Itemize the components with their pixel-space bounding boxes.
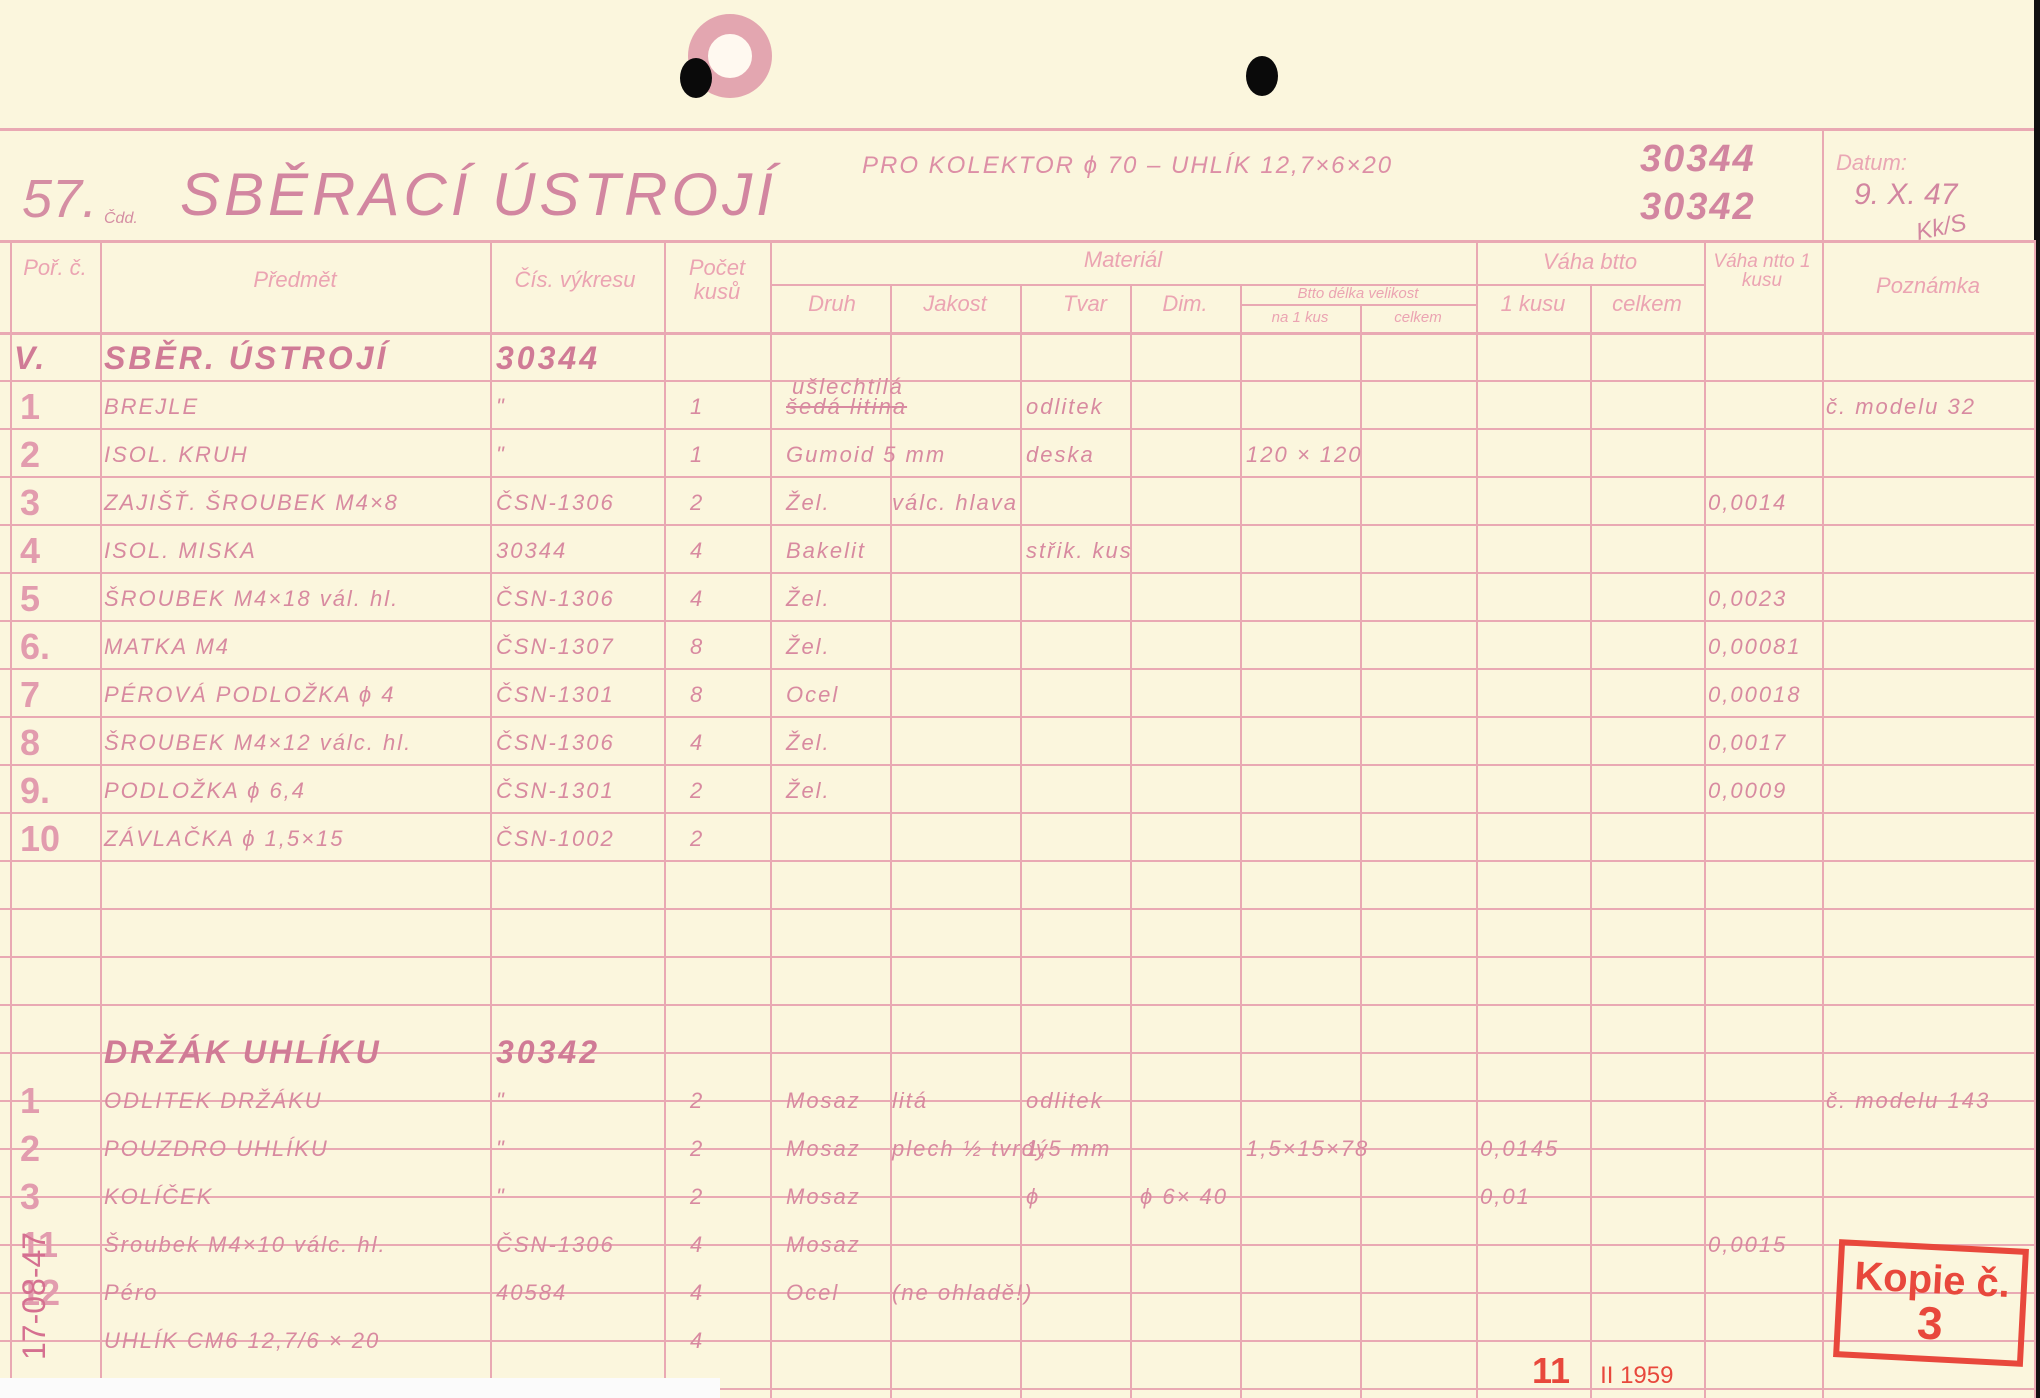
- row-weight-ntto: 0,00018: [1708, 682, 1802, 708]
- row-position: 1: [20, 386, 40, 428]
- row-drawing-number: 40584: [496, 1280, 567, 1306]
- row-weight-btto: 0,0145: [1480, 1136, 1559, 1162]
- row-material-tvar: 1,5 mm: [1026, 1136, 1111, 1162]
- row-material-tvar: odlitek: [1026, 394, 1104, 420]
- grid-column-line: [1130, 284, 1132, 1398]
- row-quantity: 2: [690, 1136, 704, 1162]
- row-quantity: 1: [690, 442, 704, 468]
- col-header-item: Předmět: [100, 268, 490, 292]
- col-header-weight-ntto: Váha ntto 1 kusu: [1704, 252, 1820, 290]
- row-item: PODLOŽKA ϕ 6,4: [104, 778, 306, 804]
- row-material-tvar: odlitek: [1026, 1088, 1104, 1114]
- col-header-weight-btto: Váha btto: [1476, 250, 1704, 274]
- col-header-qty: Počet kusů: [664, 256, 770, 304]
- col-header-pos: Poř. č.: [10, 256, 100, 280]
- row-drawing-number: ": [496, 1136, 506, 1162]
- row-item: UHLÍK CM6 12,7/6 × 20: [104, 1328, 380, 1354]
- margin-note: 17-08-47: [16, 1232, 53, 1360]
- row-note: č. modelu 32: [1826, 394, 1976, 420]
- row-position: 10: [20, 818, 60, 860]
- grid-row-line: [0, 380, 2034, 382]
- card-number: 57.: [22, 168, 97, 230]
- row-weight-ntto: 0,0009: [1708, 778, 1787, 804]
- row-material-druh-correction: ušlechtilá: [792, 374, 904, 400]
- row-position: 6.: [20, 626, 50, 668]
- col-header-dim: Dim.: [1130, 292, 1240, 316]
- row-item: MATKA M4: [104, 634, 230, 660]
- row-position: 9.: [20, 770, 50, 812]
- row-material-druh: Mosaz: [786, 1184, 861, 1210]
- row-drawing-number: ": [496, 1184, 506, 1210]
- col-header-length: Btto délka velikost: [1240, 286, 1476, 302]
- row-weight-ntto: 0,0017: [1708, 730, 1787, 756]
- card-number-suffix: Čdd.: [104, 210, 138, 228]
- grid-row-line: [0, 812, 2034, 814]
- col-header-drawing: Čís. výkresu: [490, 268, 660, 292]
- grid-row-line: [0, 572, 2034, 574]
- row-quantity: 8: [690, 634, 704, 660]
- grid-row-line: [0, 860, 2034, 862]
- grid-column-line: [664, 240, 666, 1398]
- divider: [1822, 128, 1824, 240]
- row-drawing-number: ": [496, 394, 506, 420]
- col-header-weight-btto-total: celkem: [1590, 292, 1704, 316]
- row-material-jakost: válc. hlava: [892, 490, 1018, 516]
- row-drawing-number: ": [496, 442, 506, 468]
- row-material-tvar: deska: [1026, 442, 1095, 468]
- row-quantity: 2: [690, 778, 704, 804]
- section-title: DRŽÁK UHLÍKU: [104, 1034, 382, 1071]
- grid-column-line: [1704, 240, 1706, 1398]
- row-length-per: 120 × 120: [1246, 442, 1362, 468]
- drawing-number-2: 30342: [1640, 186, 1756, 229]
- grid-row-line: [1240, 304, 1476, 306]
- row-quantity: 4: [690, 538, 704, 564]
- row-material-druh: Gumoid 5 mm: [786, 442, 946, 468]
- row-weight-ntto: 0,0014: [1708, 490, 1787, 516]
- row-item: KOLÍČEK: [104, 1184, 213, 1210]
- row-item: ISOL. KRUH: [104, 442, 249, 468]
- row-position: 2: [20, 434, 40, 476]
- grid-column-line: [2034, 240, 2036, 1398]
- row-material-druh: Žel.: [786, 490, 831, 516]
- grid-row-line: [0, 476, 2034, 478]
- row-item: ZAJIŠŤ. ŠROUBEK M4×8: [104, 490, 399, 516]
- grid-column-line: [1476, 240, 1478, 1398]
- row-length-per: 1,5×15×78: [1246, 1136, 1369, 1162]
- date-stamp-day: 11: [1532, 1350, 1570, 1391]
- punch-hole: [1246, 56, 1278, 96]
- grid-row-line: [1476, 284, 1704, 286]
- row-weight-ntto: 0,00081: [1708, 634, 1802, 660]
- col-header-jakost: Jakost: [890, 292, 1020, 316]
- row-material-druh: Žel.: [786, 634, 831, 660]
- section-drawing-number: 30344: [496, 340, 600, 377]
- row-quantity: 4: [690, 1232, 704, 1258]
- row-material-jakost: (ne ohladě!): [892, 1280, 1033, 1306]
- row-item: PÉROVÁ PODLOŽKA ϕ 4: [104, 682, 396, 708]
- row-quantity: 4: [690, 586, 704, 612]
- row-position: 7: [20, 674, 40, 716]
- page-title: SBĚRACÍ ÚSTROJÍ: [180, 160, 777, 229]
- row-weight-ntto: 0,0023: [1708, 586, 1787, 612]
- row-material-dim: ϕ 6× 40: [1140, 1184, 1228, 1210]
- row-material-druh: Ocel: [786, 1280, 839, 1306]
- row-position: 8: [20, 722, 40, 764]
- grid-row-line: [0, 716, 2034, 718]
- grid-row-line: [0, 764, 2034, 766]
- row-material-druh: Žel.: [786, 586, 831, 612]
- row-material-druh: Mosaz: [786, 1088, 861, 1114]
- row-position: 1: [20, 1080, 40, 1122]
- row-item: Péro: [104, 1280, 158, 1306]
- row-quantity: 2: [690, 490, 704, 516]
- row-drawing-number: ČSN-1306: [496, 1232, 615, 1258]
- drawing-number-1: 30344: [1640, 138, 1756, 181]
- col-header-weight-btto-per: 1 kusu: [1476, 292, 1590, 316]
- grid-column-line: [100, 240, 102, 1398]
- row-item: ODLITEK DRŽÁKU: [104, 1088, 323, 1114]
- row-material-druh: Mosaz: [786, 1232, 861, 1258]
- row-quantity: 4: [690, 730, 704, 756]
- col-header-material: Materiál: [770, 248, 1476, 272]
- row-position: 2: [20, 1128, 40, 1170]
- section-title: SBĚR. ÚSTROJÍ: [104, 340, 388, 377]
- row-material-druh: Bakelit: [786, 538, 866, 564]
- row-weight-ntto: 0,0015: [1708, 1232, 1787, 1258]
- row-position: 4: [20, 530, 40, 572]
- datum-label: Datum:: [1836, 150, 1907, 176]
- row-material-druh: Ocel: [786, 682, 839, 708]
- grid-row-line: [0, 1196, 2034, 1198]
- divider: [0, 128, 2034, 131]
- row-drawing-number: ČSN-1306: [496, 730, 615, 756]
- grid-column-line: [1020, 284, 1022, 1398]
- row-material-druh: Mosaz: [786, 1136, 861, 1162]
- grid-row-line: [0, 620, 2034, 622]
- col-header-length-per: na 1 kus: [1240, 310, 1360, 326]
- scan-bottom-edge: [0, 1378, 720, 1398]
- grid-column-line: [1590, 284, 1592, 1398]
- grid-column-line: [1822, 240, 1824, 1398]
- section-drawing-number: 30342: [496, 1034, 600, 1071]
- grid-column-line: [1240, 284, 1242, 1398]
- row-drawing-number: ": [496, 1088, 506, 1114]
- grid-column-line: [770, 240, 772, 1398]
- grid-column-line: [10, 240, 12, 1398]
- row-material-tvar: ϕ: [1026, 1184, 1040, 1210]
- punch-hole: [680, 58, 712, 98]
- row-material-jakost: litá: [892, 1088, 928, 1114]
- section-pos: V.: [14, 340, 47, 377]
- row-item: Šroubek M4×10 válc. hl.: [104, 1232, 387, 1258]
- grid-row-line: [0, 908, 2034, 910]
- grid-column-line: [1360, 304, 1362, 1398]
- date-stamp-rest: II 1959: [1600, 1362, 1673, 1389]
- col-header-length-total: celkem: [1360, 310, 1476, 326]
- row-position: 5: [20, 578, 40, 620]
- grid-row-line: [0, 956, 2034, 958]
- row-quantity: 2: [690, 1088, 704, 1114]
- col-header-druh: Druh: [776, 292, 888, 316]
- row-weight-btto: 0,01: [1480, 1184, 1531, 1210]
- row-drawing-number: ČSN-1306: [496, 586, 615, 612]
- card-description: PRO KOLEKTOR ϕ 70 – UHLÍK 12,7×6×20: [862, 152, 1393, 180]
- row-item: ŠROUBEK M4×18 vál. hl.: [104, 586, 399, 612]
- row-quantity: 8: [690, 682, 704, 708]
- grid-row-line: [0, 428, 2034, 430]
- grid-column-line: [490, 240, 492, 1398]
- row-material-druh: Žel.: [786, 730, 831, 756]
- datum-value: 9. X. 47: [1854, 178, 1957, 212]
- grid-row-line: [0, 332, 2034, 335]
- row-material-tvar: střik. kus: [1026, 538, 1133, 564]
- row-item: BREJLE: [104, 394, 199, 420]
- row-drawing-number: ČSN-1002: [496, 826, 615, 852]
- row-quantity: 1: [690, 394, 704, 420]
- row-item: ZÁVLAČKA ϕ 1,5×15: [104, 826, 344, 852]
- col-header-note: Poznámka: [1822, 274, 2034, 298]
- row-item: ŠROUBEK M4×12 válc. hl.: [104, 730, 412, 756]
- grid-row-line: [0, 1004, 2034, 1006]
- row-quantity: 4: [690, 1328, 704, 1354]
- row-item: ISOL. MISKA: [104, 538, 257, 564]
- row-position: 3: [20, 482, 40, 524]
- row-material-druh: Žel.: [786, 778, 831, 804]
- date-stamp: 11II 1959: [1532, 1350, 1673, 1392]
- grid-row-line: [0, 524, 2034, 526]
- row-note: č. modelu 143: [1826, 1088, 1990, 1114]
- grid-row-line: [0, 668, 2034, 670]
- row-quantity: 2: [690, 1184, 704, 1210]
- row-quantity: 4: [690, 1280, 704, 1306]
- row-drawing-number: ČSN-1306: [496, 490, 615, 516]
- row-item: POUZDRO UHLÍKU: [104, 1136, 329, 1162]
- row-position: 3: [20, 1176, 40, 1218]
- row-drawing-number: 30344: [496, 538, 567, 564]
- divider: [0, 240, 2034, 243]
- row-drawing-number: ČSN-1301: [496, 682, 615, 708]
- row-drawing-number: ČSN-1307: [496, 634, 615, 660]
- row-quantity: 2: [690, 826, 704, 852]
- copy-stamp: Kopie č. 3: [1833, 1239, 2029, 1367]
- row-drawing-number: ČSN-1301: [496, 778, 615, 804]
